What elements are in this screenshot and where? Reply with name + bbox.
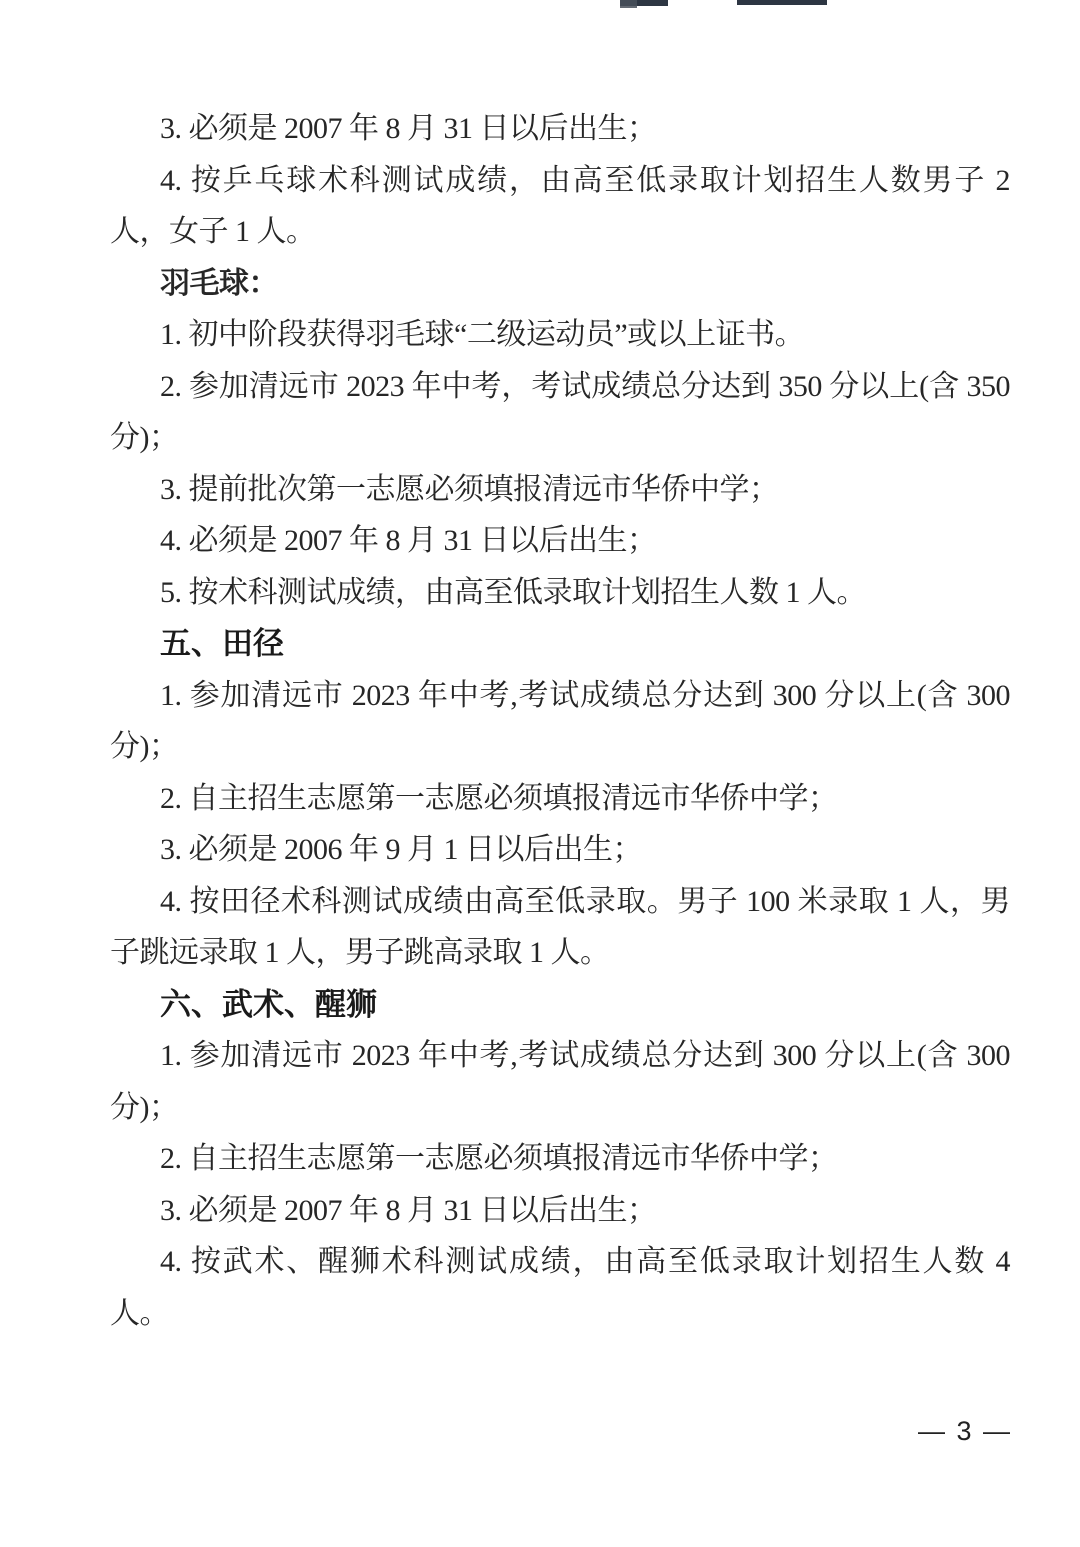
page-number: — 3 — <box>880 1416 1050 1447</box>
paragraph: 1. 参加清远市 2023 年中考,考试成绩总分达到 300 分以上(含 300… <box>110 1030 1010 1133</box>
paragraph: 4. 按武术、醒狮术科测试成绩，由高至低录取计划招生人数 4 人。 <box>110 1236 1010 1339</box>
paragraph: 4. 按乒乓球术科测试成绩，由高至低录取计划招生人数男子 2 人，女子 1 人。 <box>110 155 1010 258</box>
document-page: 3. 必须是 2007 年 8 月 31 日以后出生；4. 按乒乓球术科测试成绩… <box>0 0 1080 1547</box>
paragraph: 3. 必须是 2006 年 9 月 1 日以后出生； <box>110 824 1010 876</box>
paragraph: 4. 按田径术科测试成绩由高至低录取。男子 100 米录取 1 人，男子跳远录取… <box>110 876 1010 979</box>
paragraph: 2. 自主招生志愿第一志愿必须填报清远市华侨中学； <box>110 773 1010 825</box>
paragraph: 1. 参加清远市 2023 年中考,考试成绩总分达到 300 分以上(含 300… <box>110 670 1010 773</box>
paragraph: 3. 提前批次第一志愿必须填报清远市华侨中学； <box>110 464 1010 516</box>
paragraph: 4. 必须是 2007 年 8 月 31 日以后出生； <box>110 515 1010 567</box>
document-body: 3. 必须是 2007 年 8 月 31 日以后出生；4. 按乒乓球术科测试成绩… <box>110 103 1010 1339</box>
section-heading: 五、田径 <box>110 618 1010 670</box>
section-heading: 六、武术、醒狮 <box>110 979 1010 1031</box>
paragraph: 2. 自主招生志愿第一志愿必须填报清远市华侨中学； <box>110 1133 1010 1185</box>
paragraph: 2. 参加清远市 2023 年中考，考试成绩总分达到 350 分以上(含 350… <box>110 361 1010 464</box>
cropped-ui-fragment-right <box>737 0 827 5</box>
paragraph: 3. 必须是 2007 年 8 月 31 日以后出生； <box>110 103 1010 155</box>
paragraph: 1. 初中阶段获得羽毛球“二级运动员”或以上证书。 <box>110 309 1010 361</box>
sub-heading: 羽毛球： <box>110 258 1010 310</box>
cropped-ui-fragment-left-block <box>620 0 637 8</box>
paragraph: 5. 按术科测试成绩，由高至低录取计划招生人数 1 人。 <box>110 567 1010 619</box>
paragraph: 3. 必须是 2007 年 8 月 31 日以后出生； <box>110 1185 1010 1237</box>
